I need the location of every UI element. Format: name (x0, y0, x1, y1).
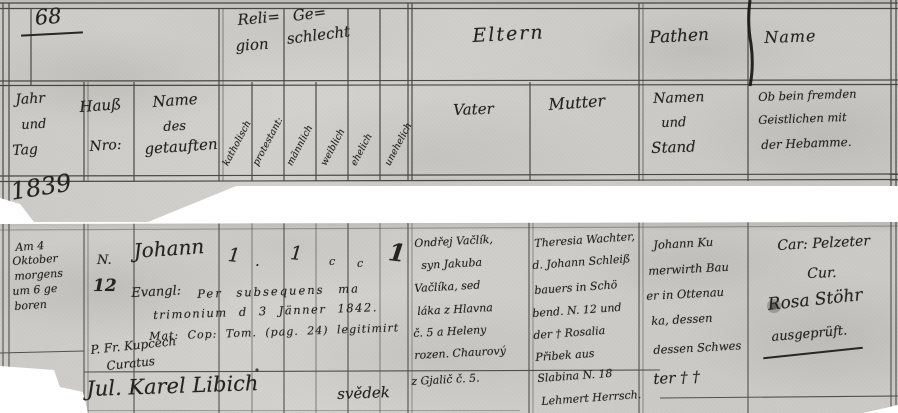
col-header-religion-l1: Reli= (237, 9, 280, 28)
entry-date-line: Oktober (12, 253, 58, 267)
col-header-haus-l2: Nro: (89, 138, 122, 154)
col-header-vater: Vater (453, 102, 494, 118)
col-header-pathen: Pathen (649, 27, 709, 47)
entry-child-name: Johann (133, 236, 205, 261)
col-header-getaufte-l2: des (163, 120, 186, 134)
mark-maennlich: 1 (289, 244, 303, 264)
father-line: z Gjalič č. 5. (411, 372, 480, 387)
col-header-mutter: Mutter (548, 93, 606, 113)
entry-house-no: 12 (93, 278, 117, 295)
father-line: syn Jakuba (421, 257, 482, 271)
godparent-line-crosses: ter † † (653, 370, 700, 387)
col-header-geschlecht-l1: Ge= (292, 5, 327, 24)
entry-child-name-l2: Evangl: (131, 284, 181, 300)
col-header-getaufte-l1: Name (152, 92, 198, 110)
col-header-pathen-sub-l1: Namen (653, 90, 705, 106)
mark-protestant: · (255, 258, 260, 273)
col-header-eltern: Eltern (472, 23, 545, 46)
entry-house-no-prefix: N. (97, 254, 112, 267)
register-scan: 68 Reli= gion Ge= schlecht Eltern Pathen… (0, 0, 898, 413)
page-number: 68 (34, 6, 62, 29)
second-row-witness: svědek (337, 385, 390, 402)
entry-date-line: Am 4 (15, 240, 45, 253)
entry-date-line: boren (14, 299, 47, 312)
baptizing-priest-title: Cur. (807, 266, 837, 281)
col-header-name-sub-l3: der Hebamme. (761, 136, 852, 151)
col-header-religion-l2: gion (235, 37, 269, 54)
col-header-jahr-l2: und (21, 118, 47, 132)
col-header-haus-l1: Hauß (79, 97, 122, 115)
col-header-jahr-l1: Jahr (15, 91, 45, 107)
mark-weiblich: c (329, 256, 335, 267)
col-header-pathen-sub-l3: Stand (651, 139, 696, 156)
mark-ehelich: c (357, 258, 363, 269)
col-header-jahr-l3: Tag (12, 143, 38, 158)
mark-katholisch: 1 (227, 246, 241, 266)
entry-date-line: um 6 ge (12, 283, 58, 297)
col-header-name-sub-l2: Geistlichen mit (758, 112, 847, 127)
col-header-pathen-sub-l2: und (661, 116, 687, 130)
godparent-line: Johann Ku (653, 237, 714, 252)
father-line: Vačlíka, sed (414, 280, 481, 294)
col-header-name: Name (764, 28, 817, 46)
mark-unehelich: 1 (387, 240, 407, 266)
entry-date-line: morgens (14, 268, 63, 282)
